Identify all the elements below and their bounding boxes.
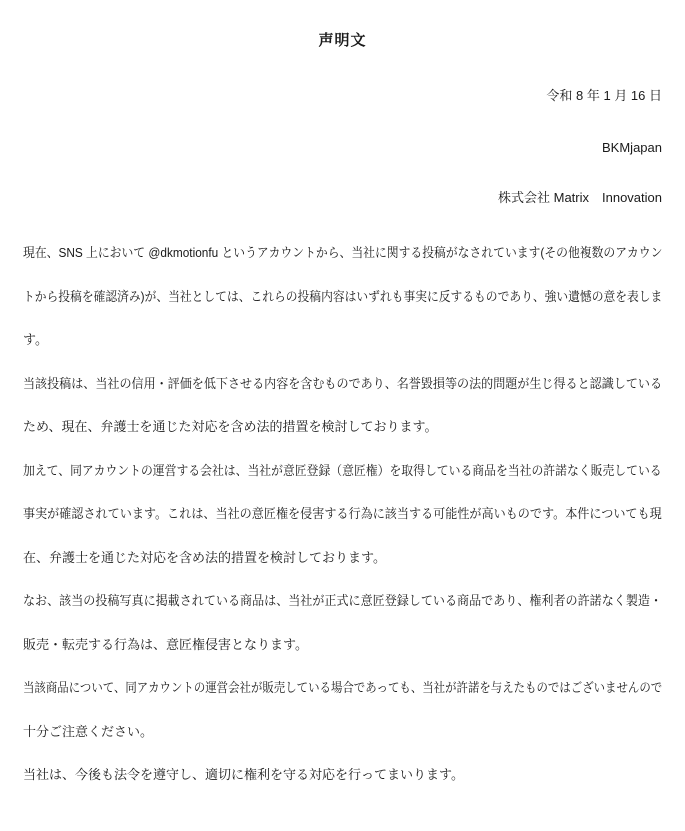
text-line: 現在、SNS 上において @dkmotionfu というアカウントから、当社に関… bbox=[23, 231, 604, 275]
paragraph-sns-posts: 現在、SNS 上において @dkmotionfu というアカウントから、当社に関… bbox=[23, 231, 662, 362]
text-line: 十分ご注意ください。 bbox=[23, 710, 662, 754]
text-line: 当該投稿は、当社の信用・評価を低下させる内容を含むものであり、名誉毀損等の法的問… bbox=[23, 362, 616, 406]
document-date: 令和 8 年 1 月 16 日 bbox=[23, 86, 662, 106]
text-line: なお、該当の投稿写真に掲載されている商品は、当社が正式に意匠登録している商品であ… bbox=[23, 579, 616, 623]
paragraph-registered-product: なお、該当の投稿写真に掲載されている商品は、当社が正式に意匠登録している商品であ… bbox=[23, 579, 662, 666]
paragraph-defamation: 当該投稿は、当社の信用・評価を低下させる内容を含むものであり、名誉毀損等の法的問… bbox=[23, 362, 662, 449]
paragraph-closing: 当社は、今後も法令を遵守し、適切に権利を守る対応を行ってまいります。 bbox=[23, 753, 662, 797]
text-line: 当該商品について、同アカウントの運営会社が販売している場合であっても、当社が許諾… bbox=[23, 666, 585, 710]
text-line: ため、現在、弁護士を通じた対応を含め法的措置を検討しております。 bbox=[23, 405, 662, 449]
statement-document-page: 声明文 令和 8 年 1 月 16 日 BKMjapan 株式会社 Matrix… bbox=[0, 0, 685, 831]
text-line: 加えて、同アカウントの運営する会社は、当社が意匠登録（意匠権）を取得している商品… bbox=[23, 449, 605, 493]
text-line: 事実が確認されています。これは、当社の意匠権を侵害する行為に該当する可能性が高い… bbox=[23, 492, 617, 536]
text-line: す。 bbox=[23, 318, 662, 362]
signatory-brand: BKMjapan bbox=[23, 138, 662, 158]
text-line: 在、弁護士を通じた対応を含め法的措置を検討しております。 bbox=[23, 536, 662, 580]
paragraph-caution: 当該商品について、同アカウントの運営会社が販売している場合であっても、当社が許諾… bbox=[23, 666, 662, 753]
signatory-company: 株式会社 Matrix Innovation bbox=[23, 188, 662, 208]
text-line: トから投稿を確認済み)が、当社としては、これらの投稿内容はいずれも事実に反するも… bbox=[23, 275, 601, 319]
paragraph-design-right: 加えて、同アカウントの運営する会社は、当社が意匠登録（意匠権）を取得している商品… bbox=[23, 449, 662, 580]
document-body: 現在、SNS 上において @dkmotionfu というアカウントから、当社に関… bbox=[23, 231, 662, 797]
text-line: 当社は、今後も法令を遵守し、適切に権利を守る対応を行ってまいります。 bbox=[23, 753, 662, 797]
document-title: 声明文 bbox=[23, 0, 662, 51]
text-line: 販売・転売する行為は、意匠権侵害となります。 bbox=[23, 623, 662, 667]
